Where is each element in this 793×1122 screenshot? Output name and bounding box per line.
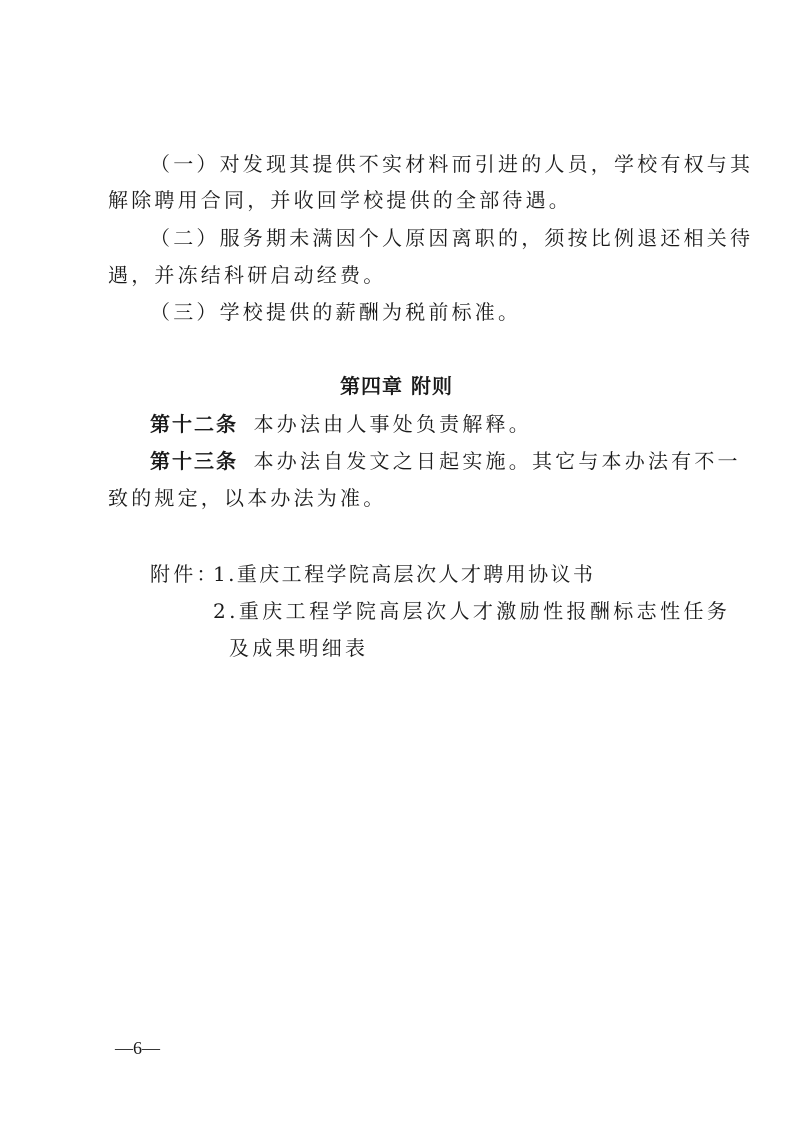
- paragraph-2-line-1: （二）服务期未满因个人原因离职的，须按比例退还相关待: [150, 224, 753, 252]
- attachment-2-line-2: 及成果明细表: [229, 634, 368, 662]
- attachment-1: 1.重庆工程学院高层次人才聘用协议书: [213, 560, 595, 588]
- article-13-line-2: 致的规定，以本办法为准。: [108, 484, 386, 512]
- chapter-heading: 第四章 附则: [0, 372, 793, 400]
- article-12: 第十二条 本办法由人事处负责解释。: [150, 410, 532, 438]
- article-13-text: 本办法自发文之日起实施。其它与本办法有不一: [254, 449, 741, 473]
- paragraph-1-line-2: 解除聘用合同，并收回学校提供的全部待遇。: [108, 186, 572, 214]
- attachments-label: 附件：: [150, 560, 220, 588]
- paragraph-3: （三）学校提供的薪酬为税前标准。: [150, 298, 521, 326]
- attachment-2-line-1: 2.重庆工程学院高层次人才激励性报酬标志性任务: [213, 597, 730, 625]
- paragraph-1-line-1: （一）对发现其提供不实材料而引进的人员，学校有权与其: [150, 150, 753, 178]
- article-13-label: 第十三条: [150, 449, 238, 473]
- article-12-label: 第十二条: [150, 412, 238, 436]
- article-12-text: 本办法由人事处负责解释。: [254, 412, 532, 436]
- page-number: —6—: [115, 1038, 160, 1059]
- paragraph-2-line-2: 遇，并冻结科研启动经费。: [108, 261, 386, 289]
- article-13: 第十三条 本办法自发文之日起实施。其它与本办法有不一: [150, 447, 741, 475]
